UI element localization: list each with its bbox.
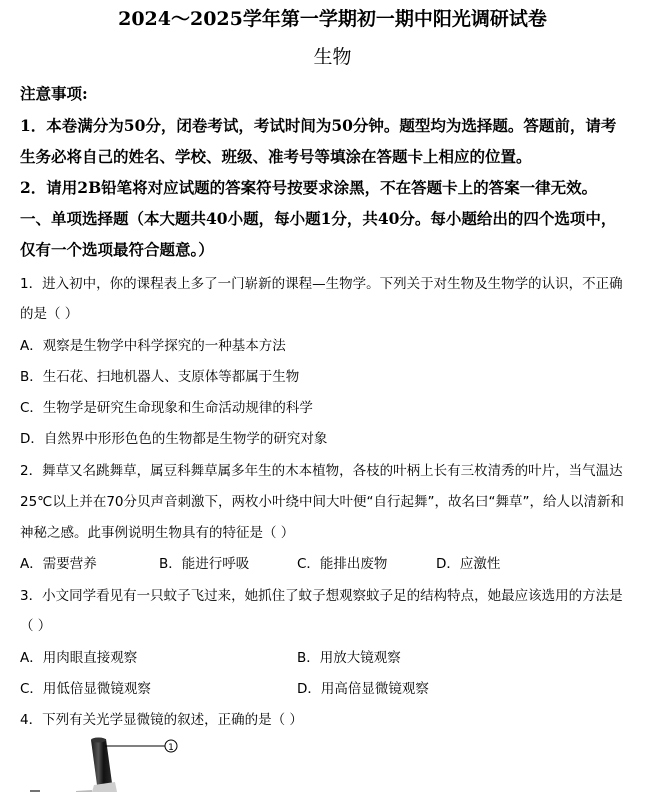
question-3-stem: （ ） — [20, 614, 51, 634]
question-2-option-c[interactable]: C．能排出废物 — [297, 552, 387, 572]
question-2-stem: 25℃以上并在70分贝声音刺激下，两枚小叶绕中间大叶便“自行起舞”，故名曰“舞草… — [20, 490, 624, 510]
exam-title: 2024～2025学年第一学期初一期中阳光调研试卷 — [0, 4, 665, 31]
question-3-option-a[interactable]: A．用肉眼直接观察 — [20, 646, 137, 666]
question-3-option-b[interactable]: B．用放大镜观察 — [297, 646, 401, 666]
question-1-option-c[interactable]: C．生物学是研究生命现象和生命活动规律的科学 — [20, 396, 313, 416]
microscope-eyepiece-icon: 1 — [0, 735, 250, 792]
question-1-option-b[interactable]: B．生石花、扫地机器人、支原体等都属于生物 — [20, 365, 299, 385]
notice-item: 2．请用2B铅笔将对应试题的答案符号按要求涂黑，不在答题卡上的答案一律无效。 — [20, 176, 597, 198]
question-1-stem: 的是（ ） — [20, 302, 78, 322]
question-1-option-a[interactable]: A．观察是生物学中科学探究的一种基本方法 — [20, 334, 286, 354]
question-1-stem: 1．进入初中，你的课程表上多了一门崭新的课程—生物学。下列关于对生物及生物学的认… — [20, 272, 623, 292]
question-3-stem: 3．小文同学看见有一只蚊子飞过来，她抓住了蚊子想观察蚊子足的结构特点，她最应该选… — [20, 584, 623, 604]
question-4-stem: 4．下列有关光学显微镜的叙述，正确的是（ ） — [20, 708, 303, 728]
question-2-option-a[interactable]: A．需要营养 — [20, 552, 97, 572]
question-2-stem: 神秘之感。此事例说明生物具有的特征是（ ） — [20, 521, 294, 541]
question-3-option-c[interactable]: C．用低倍显微镜观察 — [20, 677, 151, 697]
question-2-option-b[interactable]: B．能进行呼吸 — [159, 552, 249, 572]
exam-page: 2024～2025学年第一学期初一期中阳光调研试卷 生物 注意事项: 1．本卷满… — [0, 0, 665, 792]
question-1-option-d[interactable]: D．自然界中形形色色的生物都是生物学的研究对象 — [20, 427, 327, 447]
notice-item: 1．本卷满分为50分，闭卷考试，考试时间为50分钟。题型均为选择题。答题前，请考 — [20, 114, 616, 136]
section-heading: 一、单项选择题（本大题共40小题，每小题1分，共40分。每小题给出的四个选项中， — [20, 207, 616, 229]
notice-heading: 注意事项: — [20, 82, 88, 104]
svg-text:1: 1 — [168, 743, 174, 753]
section-heading-cont: 仅有一个选项最符合题意。） — [20, 238, 214, 260]
question-2-option-d[interactable]: D．应激性 — [436, 552, 500, 572]
exam-subject: 生物 — [0, 42, 665, 69]
microscope-figure: 1 ① — [0, 735, 250, 792]
question-3-option-d[interactable]: D．用高倍显微镜观察 — [297, 677, 429, 697]
question-2-stem: 2．舞草又名跳舞草，属豆科舞草属多年生的木本植物，各枝的叶柄上长有三枚清秀的叶片… — [20, 459, 623, 479]
notice-item: 生务必将自己的姓名、学校、班级、准考号等填涂在答题卡上相应的位置。 — [20, 145, 532, 167]
